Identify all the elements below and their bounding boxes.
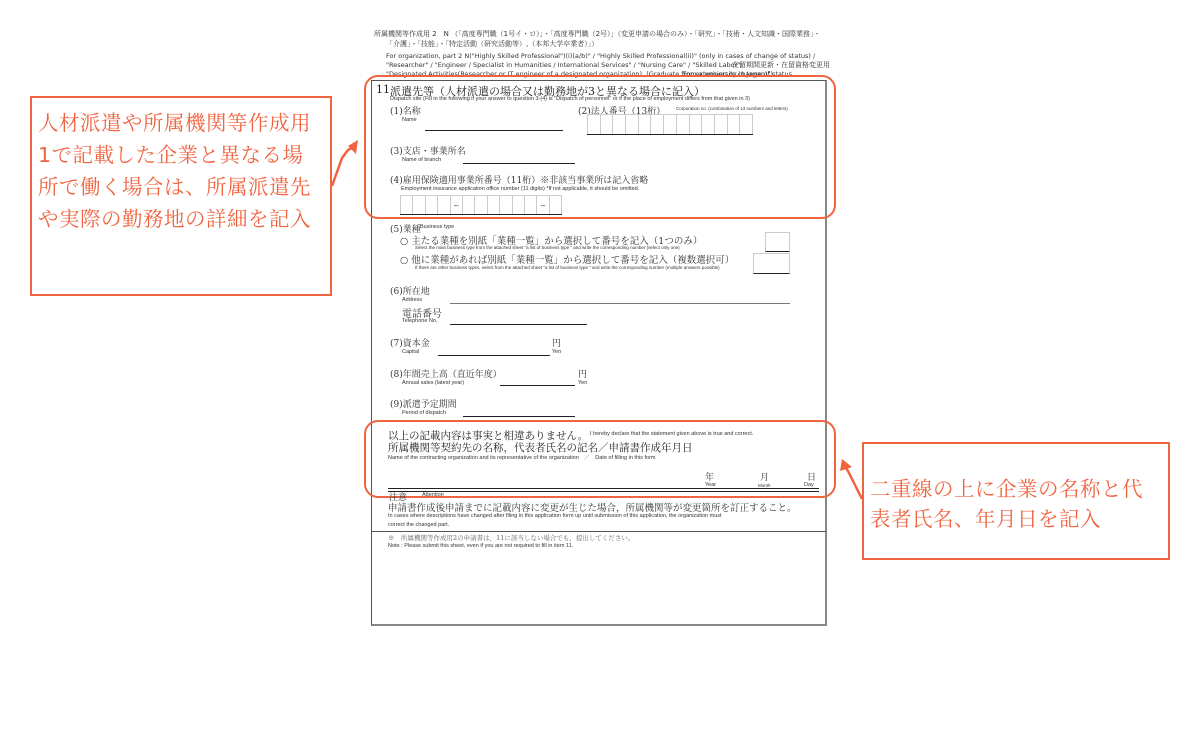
annotation-right-arrow — [830, 455, 866, 505]
form-header-line-2: 「介護」・「技能」・「特定活動（研究活動等）,（本邦大学卒業者）」） — [386, 40, 598, 49]
form-header-line-1: 所属機関等作成用 2 N （「高度専門職（1号イ・ロ）」・「高度専門職（2号）」… — [374, 30, 821, 39]
business-type-other-field[interactable] — [753, 253, 790, 274]
highlight-declaration-section — [364, 420, 836, 498]
attention-text-jp: 申請書作成後申請までに記載内容に変更が生じた場合，所属機関等が変更箇所を訂正する… — [388, 500, 797, 514]
highlight-dispatch-section — [364, 75, 836, 219]
capital-field[interactable] — [438, 355, 550, 356]
attention-text-en-1: In cases where descriptions have changed… — [388, 513, 722, 519]
business-type-other-en: If there are other business types, selec… — [415, 265, 720, 270]
capital-label-en: Capital — [402, 349, 419, 355]
annual-sales-label-en: Annual sales (latest year) — [402, 380, 464, 386]
business-type-main-field[interactable] — [765, 232, 790, 252]
form-header-line-3: For organization, part 2 N("Highly Skill… — [386, 52, 815, 61]
dispatch-period-label-jp: (9)派遣予定期間 — [390, 397, 457, 410]
annual-sales-label-jp: (8)年間売上高（直近年度） — [390, 367, 502, 380]
attention-text-en-2: correct the changed part. — [388, 522, 449, 528]
capital-label-jp: (7)資本金 — [390, 336, 430, 349]
address-label-en: Address — [402, 297, 422, 303]
capital-unit-jp: 円 — [552, 336, 561, 349]
business-type-label-en: Business type — [420, 224, 454, 230]
annual-sales-unit-jp: 円 — [578, 367, 587, 380]
annotation-left-arrow — [328, 140, 368, 210]
address-field[interactable] — [450, 303, 790, 304]
attention-label-en: Attention — [422, 492, 444, 498]
telephone-label-en: Telephone No. — [402, 318, 437, 324]
note-en: Note : Please submit this sheet, even if… — [388, 543, 573, 549]
capital-unit-en: Yen — [552, 349, 561, 355]
form-header-line-4: "Researcher" / "Engineer / Specialist in… — [386, 61, 742, 70]
annotation-left-box: 人材派遣や所属機関等作成用1で記載した企業と異なる場所で働く場合は、所属派遣先や… — [30, 96, 332, 296]
business-type-main-en: Select the main business type from the a… — [415, 245, 680, 250]
form-header-line-4-right: 在留期間更新・在留資格変更用 — [732, 61, 830, 70]
address-label-jp: (6)所在地 — [390, 284, 430, 297]
annual-sales-unit-en: Yen — [578, 380, 587, 386]
annotation-left-text: 人材派遣や所属機関等作成用1で記載した企業と異なる場所で働く場合は、所属派遣先や… — [38, 107, 324, 235]
annual-sales-field[interactable] — [500, 385, 575, 386]
dispatch-period-label-en: Period of dispatch — [402, 410, 446, 416]
business-type-other-jp: ○ 他に業種があれば別紙「業種一覧」から選択して番号を記入（複数選択可） — [400, 252, 734, 266]
note-jp: ※ 所属機関等作成用2の申請書は，11に該当しない場合でも，提出してください。 — [388, 533, 634, 542]
telephone-field[interactable] — [450, 324, 587, 325]
dispatch-period-field[interactable] — [463, 416, 575, 417]
annotation-right-box: 二重線の上に企業の名称と代表者氏名、年月日を記入 — [862, 442, 1170, 560]
annotation-right-text: 二重線の上に企業の名称と代表者氏名、年月日を記入 — [870, 474, 1162, 534]
divider — [372, 531, 826, 532]
